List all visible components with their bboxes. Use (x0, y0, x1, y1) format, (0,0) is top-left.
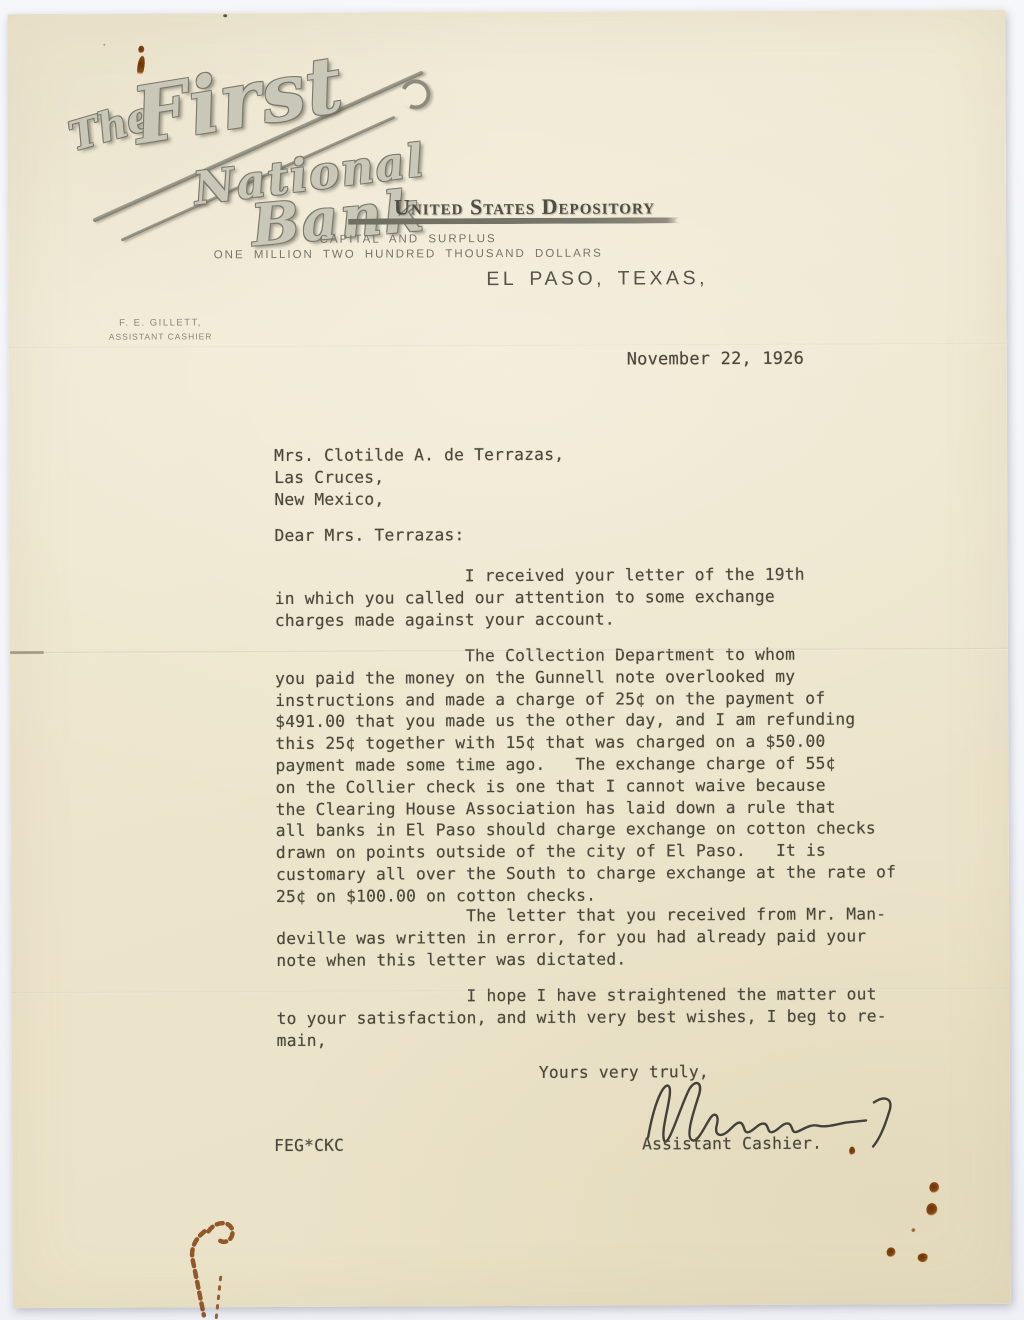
logo-first: First (128, 46, 349, 157)
rust-stain (911, 1228, 915, 1232)
fold-crease (9, 343, 1007, 349)
paperclip-rust-mark (174, 1215, 250, 1320)
capital-line-2: ONE MILLION TWO HUNDRED THOUSAND DOLLARS (208, 248, 608, 262)
paragraph-2: The Collection Department to whom you pa… (275, 643, 896, 907)
rust-stain (929, 1182, 939, 1193)
rust-stain (849, 1146, 855, 1155)
recipient-address: Mrs. Clotilde A. de Terrazas, Las Cruces… (274, 444, 564, 511)
salutation: Dear Mrs. Terrazas: (274, 524, 464, 547)
reference-initials: FEG*CKC (274, 1135, 344, 1157)
fold-crease-edge-mark (10, 651, 44, 654)
paragraph-4: I hope I have straightened the matter ou… (276, 983, 886, 1051)
officer-title: ASSISTANT CASHIER (101, 331, 221, 344)
capital-line-1: CAPITAL AND SURPLUS (208, 233, 608, 247)
officer-block: F. E. GILLETT, ASSISTANT CASHIER (101, 316, 221, 344)
rust-stain (926, 1203, 937, 1216)
rust-stain (918, 1253, 929, 1262)
officer-name: F. E. GILLETT, (101, 316, 221, 331)
rust-stain (887, 1247, 896, 1257)
scanned-letter-page: { "letterhead": { "script_the": "The", "… (0, 0, 1024, 1320)
paper-speck (103, 44, 105, 46)
capital-and-surplus-block: CAPITAL AND SURPLUS ONE MILLION TWO HUND… (208, 233, 608, 262)
city-line: EL PASO, TEXAS, (486, 267, 708, 291)
paper-speck (223, 14, 227, 17)
paragraph-1: I received your letter of the 19th in wh… (275, 564, 805, 632)
depository-text: United States Depository (394, 193, 655, 220)
letter-paper: The First National Bank United States De… (7, 10, 1011, 1308)
letterhead: The First National Bank (62, 67, 463, 254)
rust-stain (138, 46, 144, 54)
paragraph-3: The letter that you received from Mr. Ma… (276, 903, 886, 971)
date-line: November 22, 1926 (627, 349, 804, 372)
typed-signature-title: Assistant Cashier. (642, 1133, 822, 1156)
